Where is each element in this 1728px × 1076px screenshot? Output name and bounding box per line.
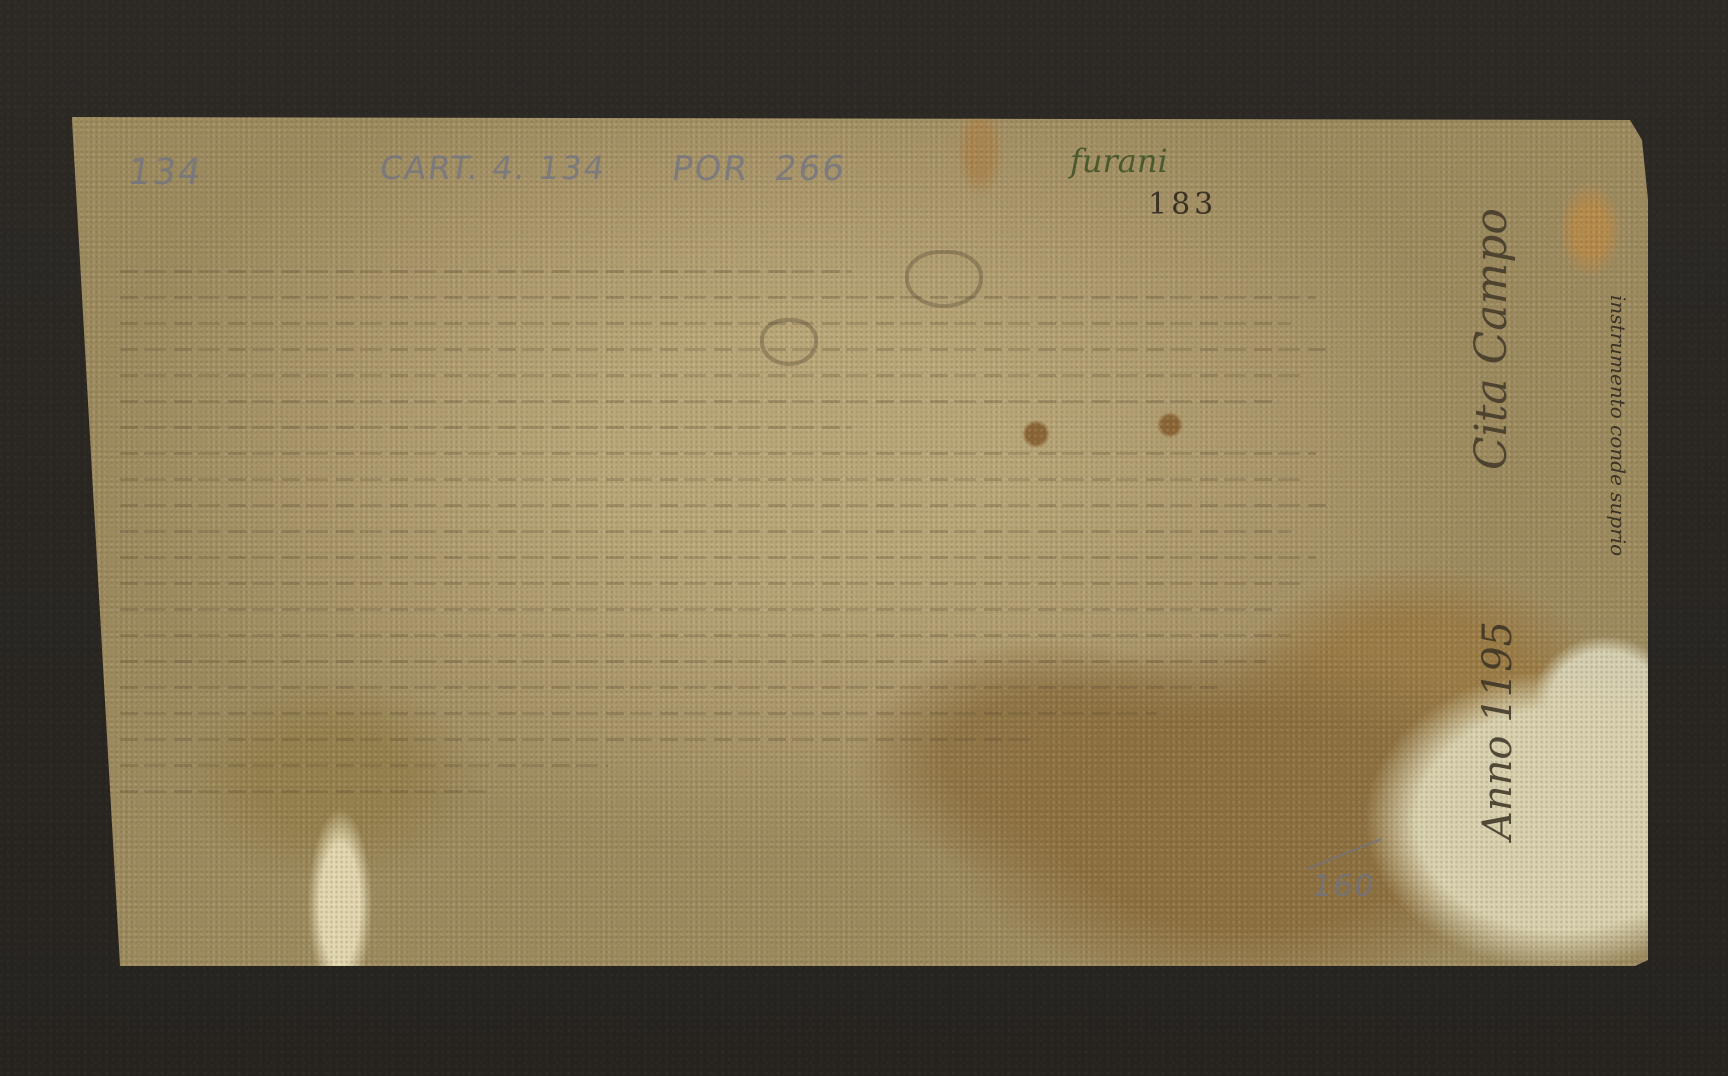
ink-vertical-title: Cita Campo: [1470, 170, 1514, 470]
show-through-monogram-small: [760, 318, 818, 366]
ink-vertical-margin-note: instrumento conde suprio: [1608, 295, 1628, 655]
ink-name-furani: furani: [1070, 145, 1168, 177]
pencil-number-top-left: 134: [125, 155, 205, 191]
ink-vertical-year: Anno 1195: [1478, 600, 1518, 840]
show-through-monogram: [905, 250, 983, 308]
pencil-number-266: 266: [773, 152, 849, 186]
pencil-shelfmark: CART. 4. 134: [378, 152, 609, 184]
pencil-por-label: POR: [670, 152, 752, 186]
pencil-number-bottom: 160: [1310, 872, 1377, 902]
ink-number-183: 183: [1148, 190, 1217, 220]
parchment-sheet: 134 CART. 4. 134 POR 266 furani 183 Cita…: [0, 0, 1728, 1076]
show-through-text: [120, 270, 1340, 816]
